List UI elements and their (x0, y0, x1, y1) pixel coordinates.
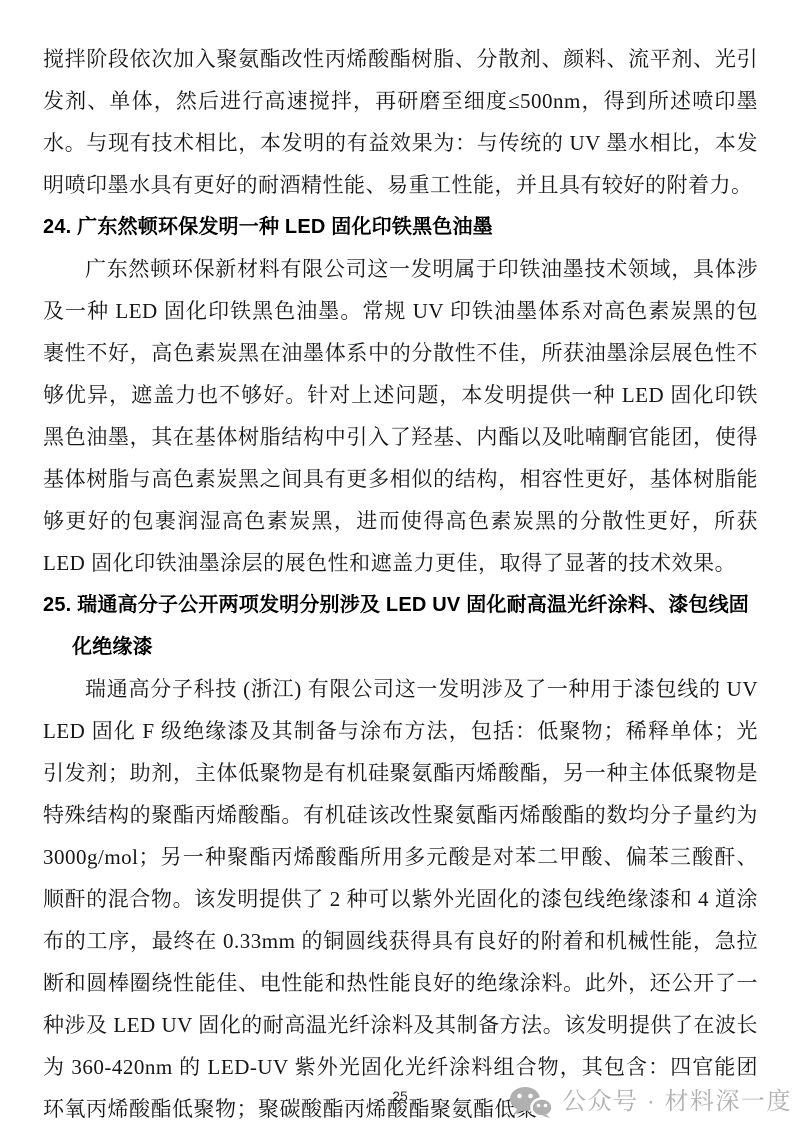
section-24-body: 广东然顿环保新材料有限公司这一发明属于印铁油墨技术领域，具体涉及一种 LED 固… (43, 248, 758, 584)
watermark-text: 公众号 · 材料深一度 (562, 1086, 792, 1118)
wechat-icon (509, 1086, 553, 1118)
document-body: 搅拌阶段依次加入聚氨酯改性丙烯酸酯树脂、分散剂、颜料、流平剂、光引发剂、单体，然… (43, 38, 758, 1130)
section-24-heading: 24. 广东然顿环保发明一种 LED 固化印铁黑色油墨 (43, 206, 758, 248)
watermark: 公众号 · 材料深一度 (509, 1086, 792, 1118)
section-25-heading: 25. 瑞通高分子公开两项发明分别涉及 LED UV 固化耐高温光纤涂料、漆包线… (43, 584, 758, 668)
continuation-paragraph: 搅拌阶段依次加入聚氨酯改性丙烯酸酯树脂、分散剂、颜料、流平剂、光引发剂、单体，然… (43, 38, 758, 206)
section-25-body: 瑞通高分子科技 (浙江) 有限公司这一发明涉及了一种用于漆包线的 UV LED … (43, 668, 758, 1130)
